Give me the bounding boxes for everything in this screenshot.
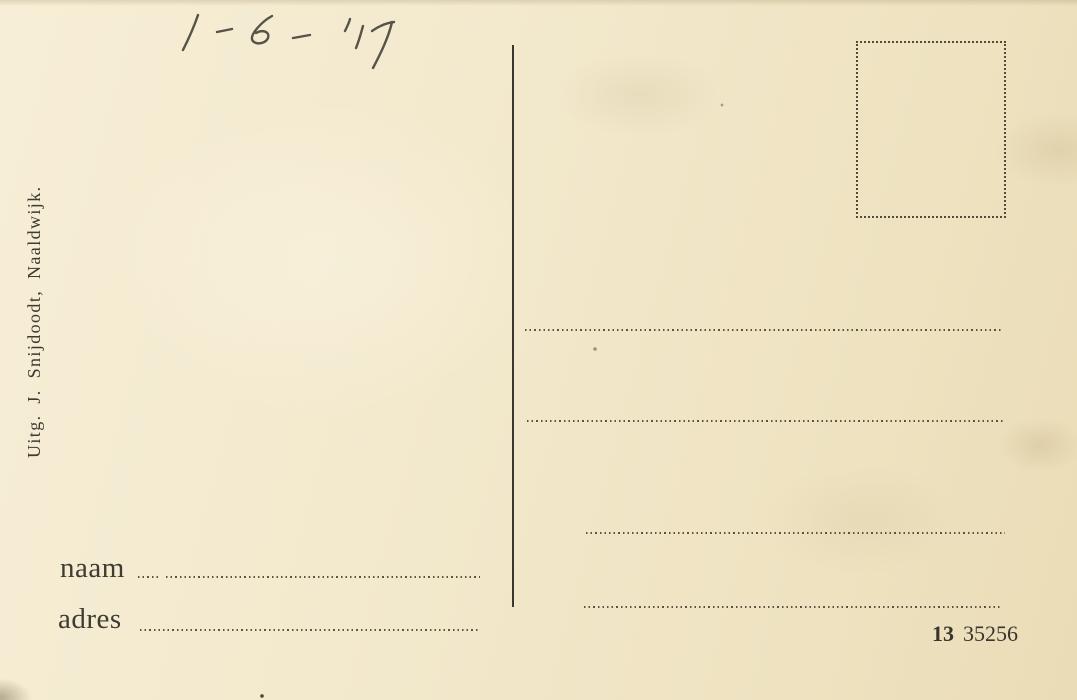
address-line-2 <box>527 420 1005 422</box>
publisher-imprint: Uitg. J. Snijdoodt, Naaldwijk. <box>24 186 45 459</box>
postcard-back: Uitg. J. Snijdoodt, Naaldwijk. naam adre… <box>0 0 1077 700</box>
address-line-3 <box>586 532 1005 534</box>
handwritten-date <box>175 8 425 78</box>
serial-number: 1335256 <box>932 621 1018 647</box>
address-line-1 <box>525 329 1003 331</box>
name-field-line-short <box>138 576 158 578</box>
stamp-box <box>856 41 1006 218</box>
serial-digits: 35256 <box>963 621 1018 646</box>
divider-line <box>512 45 514 607</box>
serial-prefix: 13 <box>932 621 954 646</box>
address-line-4 <box>584 606 1001 608</box>
address-field-line <box>140 629 478 631</box>
address-field-label: adres <box>58 605 122 634</box>
name-field-label: naam <box>60 554 125 583</box>
name-field-line <box>166 576 480 578</box>
